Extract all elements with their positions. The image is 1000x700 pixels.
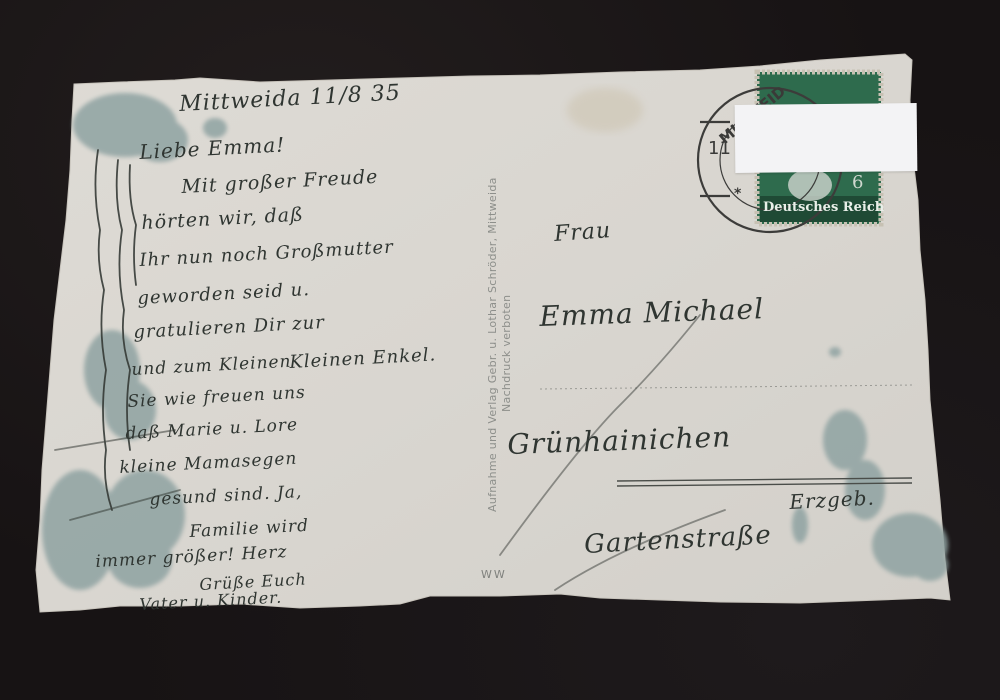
address-region: Erzgeb. [789,486,876,514]
postmark-date: 11 [708,138,731,159]
copyright-notice: Nachdruck verboten [500,295,513,412]
stamp-country: Deutsches Reich [763,200,884,215]
stamp-value: 6 [852,172,863,193]
postmark-star: * [734,186,741,202]
publisher-imprint: Aufnahme und Verlag Gebr. u. Lothar Schr… [486,177,499,512]
print-code: WW [481,568,507,581]
postcard: MI TWEID 11 * 6 Deutsches Reich Aufnahme… [0,0,1000,700]
address-salutation: Frau [553,218,612,247]
redaction-label [735,103,918,173]
